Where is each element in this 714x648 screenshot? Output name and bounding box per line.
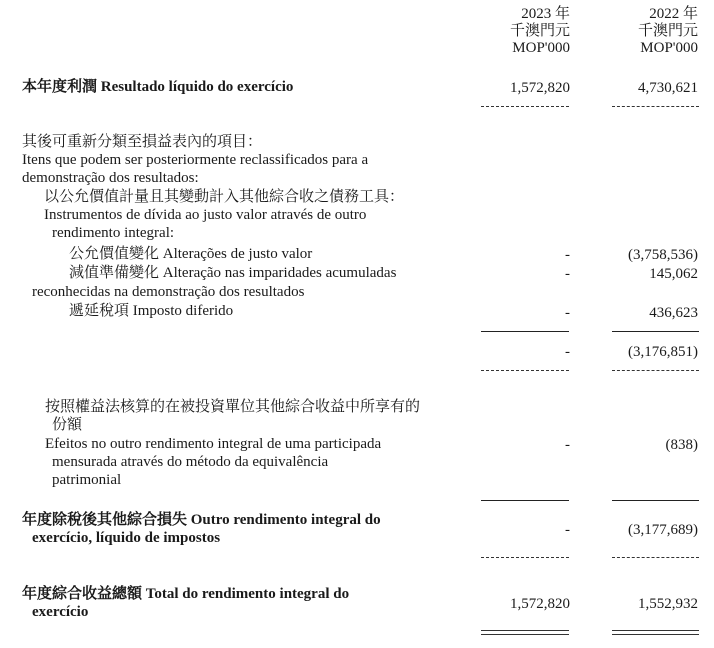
- deferred-tax-2023: -: [565, 305, 570, 322]
- debt-heading-pt-1: Instrumentos de dívida ao justo valor at…: [44, 207, 366, 224]
- section-heading-pt-2: demonstração dos resultados:: [22, 170, 199, 187]
- equity-method-2022: (838): [666, 437, 699, 454]
- total-2023: 1,572,820: [510, 596, 570, 613]
- total-2022: 1,552,932: [638, 596, 698, 613]
- equity-method-pt-3: patrimonial: [52, 472, 121, 489]
- impairment-label-1: 減值準備變化 Alteração nas imparidades acumula…: [69, 265, 396, 282]
- dashed-rule: [481, 370, 569, 371]
- solid-rule: [612, 500, 699, 501]
- total-label-1: 年度綜合收益總額 Total do rendimento integral do: [22, 586, 349, 603]
- unit-2022: MOP'000: [640, 40, 698, 57]
- impairment-2023: -: [565, 266, 570, 283]
- equity-method-pt-2: mensurada através do método da equivalên…: [52, 454, 328, 471]
- profit-2022: 4,730,621: [638, 80, 698, 97]
- debt-heading-pt-2: rendimento integral:: [52, 225, 174, 242]
- section-heading-pt-1: Itens que podem ser posteriormente recla…: [22, 152, 368, 169]
- year-2023: 2023 年: [521, 6, 570, 23]
- solid-rule: [481, 500, 569, 501]
- double-rule: [481, 630, 569, 635]
- fair-value-label: 公允價值變化 Alterações de justo valor: [69, 246, 312, 263]
- impairment-label-2: reconhecidas na demonstração dos resulta…: [32, 284, 304, 301]
- fair-value-2022: (3,758,536): [628, 247, 698, 264]
- dashed-rule: [612, 370, 699, 371]
- deferred-tax-label: 遞延稅項 Imposto diferido: [69, 303, 233, 320]
- equity-method-pt-1: Efeitos no outro rendimento integral de …: [45, 436, 381, 453]
- oci-net-2023: -: [565, 522, 570, 539]
- double-rule: [612, 630, 699, 635]
- oci-net-2022: (3,177,689): [628, 522, 698, 539]
- currency-zh-2022: 千澳門元: [638, 23, 698, 40]
- impairment-2022: 145,062: [649, 266, 698, 283]
- equity-method-zh-1: 按照權益法核算的在被投資單位其他綜合收益中所享有的: [45, 399, 420, 416]
- solid-rule: [612, 331, 699, 332]
- dashed-rule: [481, 557, 569, 558]
- oci-net-label-1: 年度除稅後其他綜合損失 Outro rendimento integral do: [22, 512, 381, 529]
- dashed-rule: [481, 106, 569, 107]
- subtotal-2022: (3,176,851): [628, 344, 698, 361]
- unit-2023: MOP'000: [512, 40, 570, 57]
- total-label-2: exercício: [32, 604, 88, 621]
- fair-value-2023: -: [565, 247, 570, 264]
- oci-net-label-2: exercício, líquido de impostos: [32, 530, 220, 547]
- equity-method-2023: -: [565, 437, 570, 454]
- debt-heading-zh: 以公允價值計量且其變動計入其他綜合收之債務工具：: [44, 189, 404, 206]
- equity-method-zh-2: 份額: [52, 417, 82, 434]
- dashed-rule: [612, 557, 699, 558]
- year-2022: 2022 年: [649, 6, 698, 23]
- solid-rule: [481, 331, 569, 332]
- currency-zh-2023: 千澳門元: [510, 23, 570, 40]
- subtotal-2023: -: [565, 344, 570, 361]
- profit-label: 本年度利潤 Resultado líquido do exercício: [22, 79, 293, 96]
- deferred-tax-2022: 436,623: [649, 305, 698, 322]
- profit-2023: 1,572,820: [510, 80, 570, 97]
- dashed-rule: [612, 106, 699, 107]
- section-heading-zh: 其後可重新分類至損益表內的項目：: [22, 134, 262, 151]
